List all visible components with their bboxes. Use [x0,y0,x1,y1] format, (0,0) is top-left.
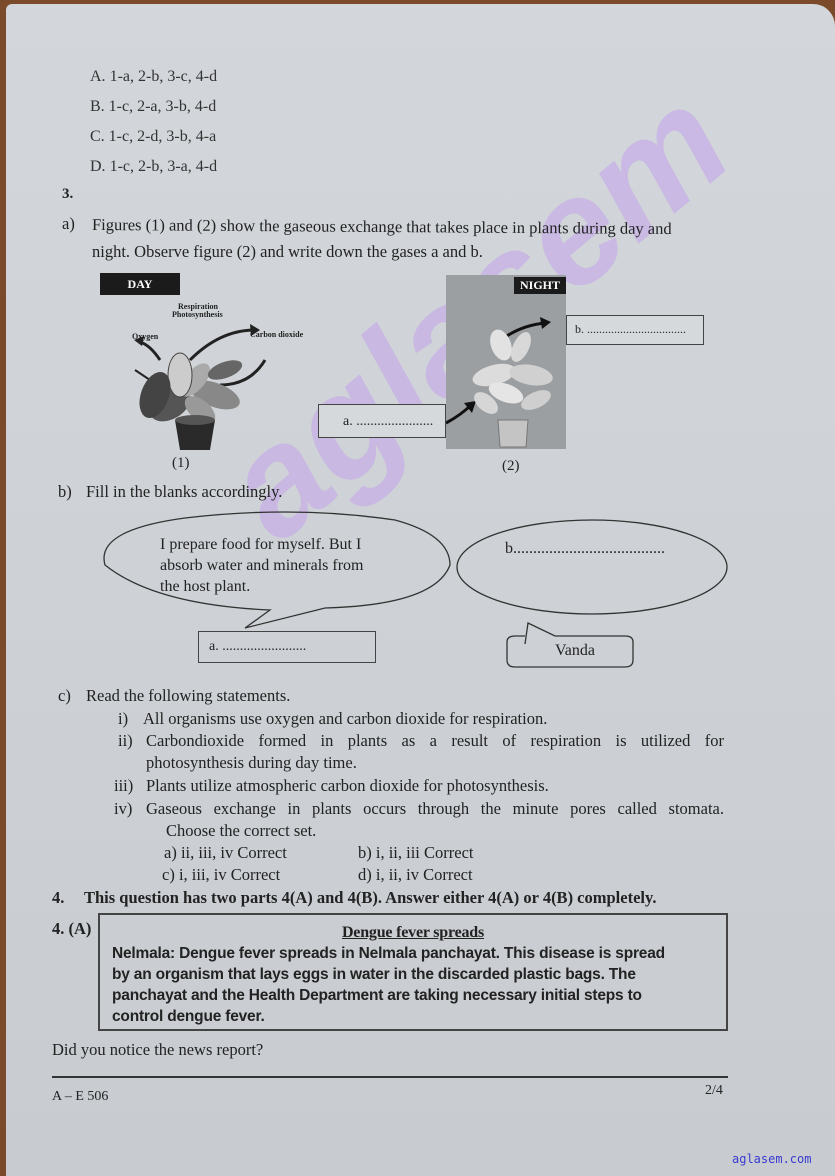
statement-2-text: Carbondioxide formed in plants as a resu… [146,731,724,751]
q3c-text: Read the following statements. [86,686,290,706]
statement-3-text: Plants utilize atmospheric carbon dioxid… [146,776,549,796]
night-panel: NIGHT [446,275,566,449]
option-c: C. 1-c, 2-d, 3-b, 4-a [90,128,216,146]
q3a-line2: night. Observe figure (2) and write down… [92,242,483,262]
choice-d[interactable]: d) i, ii, iv Correct [358,865,473,885]
site-watermark: aglasem.com [732,1152,811,1166]
page-number: 2/4 [705,1083,723,1099]
vanda-label: Vanda [555,640,595,661]
news-line-1: Nelmala: Dengue fever spreads in Nelmala… [112,943,665,964]
bubble1-line2: absorb water and minerals from [160,555,363,576]
bubble2-blank[interactable]: b...................................... [505,538,665,559]
blank-a-parasite-box[interactable]: a. ........................ [198,631,376,663]
news-line-4: control dengue fever. [112,1006,265,1027]
statement-4-text: Gaseous exchange in plants occurs throug… [146,799,724,819]
question-4a-label: 4. (A) [52,919,91,939]
figure2-caption: (2) [502,458,520,475]
choice-a[interactable]: a) ii, iii, iv Correct [164,843,287,863]
statement-2-cont: photosynthesis during day time. [146,753,357,773]
blank-b-text: b. ................................. [575,322,686,337]
news-line-3: panchayat and the Health Department are … [112,985,642,1006]
question-4-intro: This question has two parts 4(A) and 4(B… [84,888,656,908]
q3c-label: c) [58,686,71,706]
q3a-line1: Figures (1) and (2) show the gaseous exc… [92,215,672,239]
statement-1-num: i) [118,709,128,729]
blank-b-box[interactable]: b. ................................. [566,315,704,345]
option-d: D. 1-c, 2-b, 3-a, 4-d [90,158,217,176]
option-a: A. 1-a, 2-b, 3-c, 4-d [90,68,217,86]
question-4a-prompt: Did you notice the news report? [52,1040,263,1060]
choice-c[interactable]: c) i, iii, iv Correct [162,865,280,885]
statement-1-text: All organisms use oxygen and carbon diox… [143,709,547,729]
statement-2-num: ii) [118,731,133,751]
statement-3-num: iii) [114,776,133,796]
choice-b[interactable]: b) i, ii, iii Correct [358,843,473,863]
blank-a-text: a. ...................... [343,414,433,430]
q3b-label: b) [58,482,72,502]
q3a-label: a) [62,214,75,234]
question-3-number: 3. [62,186,73,203]
night-plant-illustration [446,275,566,449]
paper-code: A – E 506 [52,1089,108,1105]
bubble1-line3: the host plant. [160,576,250,597]
blank-a-box[interactable]: a. ...................... [318,404,446,438]
day-plant-illustration [120,310,320,460]
figure1-caption: (1) [172,455,190,472]
news-title: Dengue fever spreads [100,922,726,943]
news-report-box: Dengue fever spreads Nelmala: Dengue fev… [98,913,728,1031]
option-b: B. 1-c, 2-a, 3-b, 4-d [90,98,216,116]
question-4-number: 4. [52,888,64,908]
q3b-text: Fill in the blanks accordingly. [86,482,282,502]
blank-a-parasite-text: a. ........................ [209,639,306,655]
statement-4-num: iv) [114,799,132,819]
day-tag: DAY [100,273,180,295]
news-line-2: by an organism that lays eggs in water i… [112,964,636,985]
choose-instruction: Choose the correct set. [166,821,316,841]
footer-divider [52,1076,728,1078]
bubble1-line1: I prepare food for myself. But I [160,534,361,555]
